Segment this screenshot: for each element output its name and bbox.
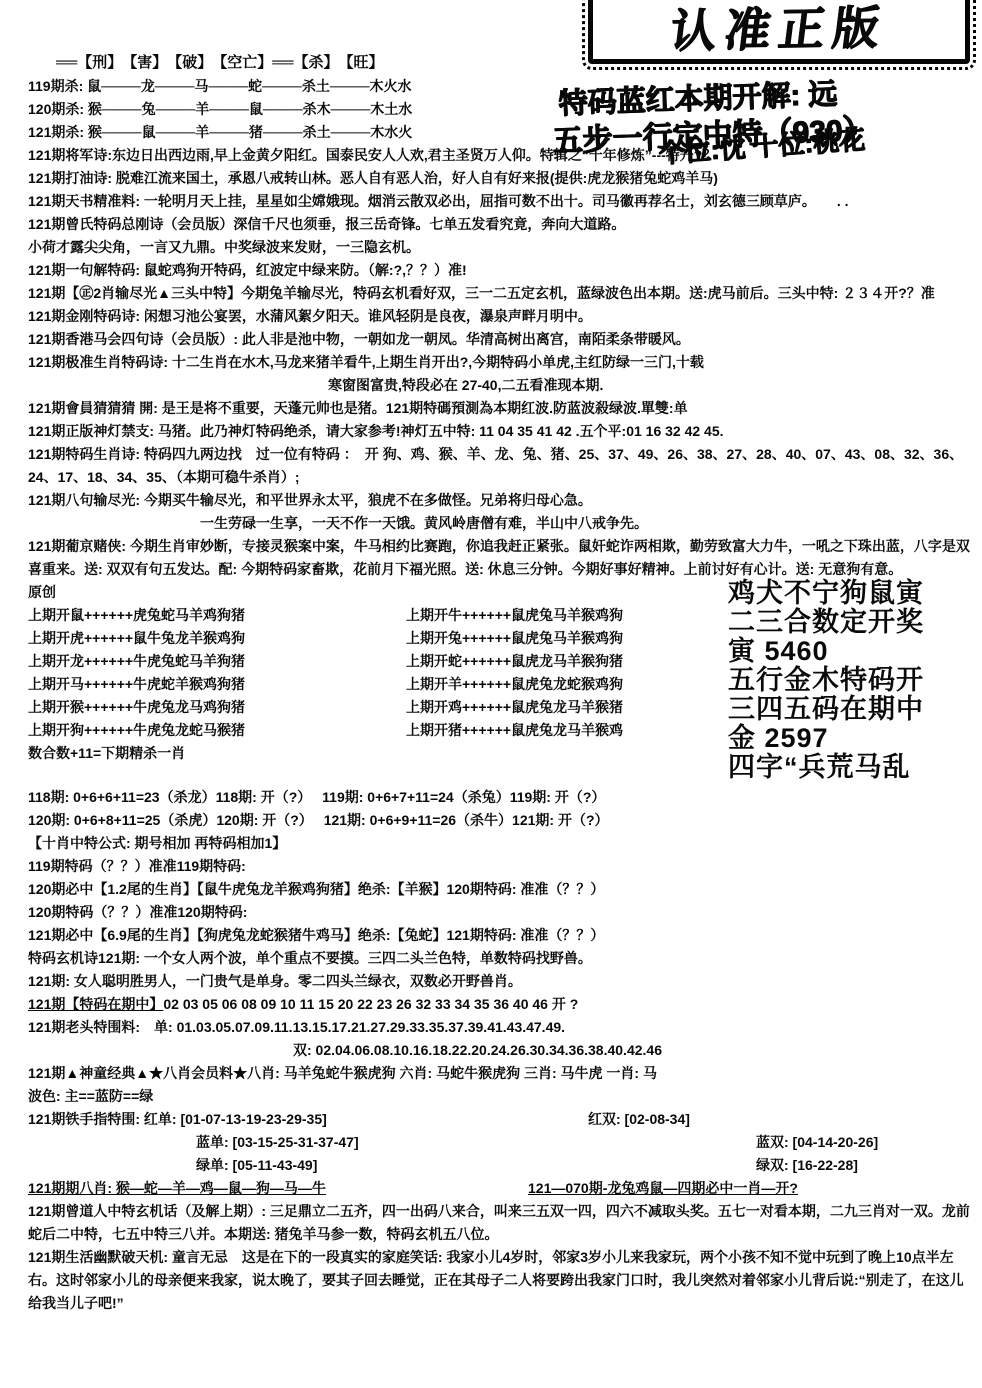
kill-table-row: 119期杀: 鼠────龙────马────蛇────杀土────木火水	[28, 75, 628, 98]
mid-paragraphs: 【十肖中特公式: 期号相加 再特码相加1】119期特码（？？）准准119期特码:…	[28, 832, 976, 993]
big-text-line: 三四五码在期中	[728, 695, 974, 724]
stamp-text: 认准正版	[667, 0, 892, 61]
big-text-line: 五行金木特码开	[728, 666, 974, 695]
tip-line: 120期必中【1.2尾的生肖】【鼠牛虎兔龙羊猴鸡狗猪】绝杀:【羊猴】120期特码…	[28, 878, 976, 901]
pair-left: 上期开虎++++++鼠牛兔龙羊猴鸡狗	[28, 627, 406, 650]
special-numbers-values: 02 03 05 06 08 09 10 11 15 20 22 23 26 3…	[163, 996, 578, 1012]
iron-finger-row: 121期铁手指特围: 红单: [01-07-13-19-23-29-35] 红双…	[28, 1108, 976, 1131]
verse-line: 寒窗图富贵,特段必在 27-40,二五看准现本期.	[28, 374, 976, 397]
iron-left: 蓝单: [03-15-25-31-37-47]	[196, 1131, 756, 1154]
verse-line: 121期打油诗: 脱难江流来国土，承恩八戒转山林。恶人自有恶人治，好人自有好来报…	[28, 167, 976, 190]
verse-line: 121期會員猜猜猜 開: 是王是将不重要，天蓬元帅也是猪。121期特碼預測為本期…	[28, 397, 976, 420]
iron-finger-row: 蓝单: [03-15-25-31-37-47] 蓝双: [04-14-20-26…	[28, 1131, 976, 1154]
zodiac-pair-row: 上期开鼠++++++虎兔蛇马羊鸡狗猪 上期开牛++++++鼠虎兔马羊猴鸡狗	[28, 604, 753, 627]
verse-line: 121期香港马会四句诗（会员版）: 此人非是池中物，一朝如龙一朝凤。华清高树出离…	[28, 328, 976, 351]
special-numbers-row: 121期【特码在期中】02 03 05 06 08 09 10 11 15 20…	[28, 993, 976, 1016]
calc-line: 120期: 0+6+8+11=25（杀虎）120期: 开（?） 121期: 0+…	[28, 809, 976, 832]
pair-right: 上期开鸡++++++鼠虎兔龙马羊猴猪	[406, 696, 753, 719]
tip-line: 121期必中【6.9尾的生肖】【狗虎兔龙蛇猴猪牛鸡马】绝杀:【兔蛇】121期特码…	[28, 924, 976, 947]
verse-line: 121期曾氏特码总刚诗（会员版）深信千尺也须垂，报三岳奇锋。七单五发看究竟，奔向…	[28, 213, 976, 236]
old-head-line: 121期老头特围料: 单: 01.03.05.07.09.11.13.15.17…	[28, 1016, 976, 1039]
original-title: 原创	[28, 581, 753, 604]
kill-table-header: ══【刑】 【害】 【破】 【空亡】══【杀】 【旺】	[28, 50, 628, 75]
prodigy-line: 121期▲神童经典▲★八肖会员料★八肖: 马羊兔蛇牛猴虎狗 六肖: 马蛇牛猴虎狗…	[28, 1062, 976, 1085]
verse-line: 121期正版神灯禁支: 马猪。此乃神灯特码绝杀，请大家参考!神灯五中特: 11 …	[28, 420, 976, 443]
lottery-tip-sheet: 认准正版 特码蓝红本期开解: 远 五步一行定中特（930） 个位:忱 十位:桃花…	[0, 0, 982, 1388]
verse-line: 小荷才露尖尖角，一言又九鼎。中奖绿波来发财，一三隐玄机。	[28, 236, 976, 259]
big-text-panel: 鸡犬不宁狗鼠寅二三合数定开奖寅 5460五行金木特码开三四五码在期中金 2597…	[728, 579, 974, 782]
iron-left: 121期铁手指特围: 红单: [01-07-13-19-23-29-35]	[28, 1108, 588, 1131]
big-text-line: 金 2597	[728, 724, 974, 753]
zodiac-pair-rows: 上期开鼠++++++虎兔蛇马羊鸡狗猪 上期开牛++++++鼠虎兔马羊猴鸡狗 上期…	[28, 604, 753, 742]
iron-finger-row: 绿单: [05-11-43-49] 绿双: [16-22-28]	[28, 1154, 976, 1177]
top-paragraphs: 121期将军诗:东边日出西边雨,早上金黄夕阳红。国泰民安人人欢,君主圣贤万人仰。…	[28, 144, 976, 581]
verse-line: 121期金刚特码诗: 闲想习池公宴罢，水蒲风絮夕阳天。谁风轻阴是良夜，瀑泉声畔月…	[28, 305, 976, 328]
pair-right: 上期开牛++++++鼠虎兔马羊猴鸡狗	[406, 604, 753, 627]
eight-zodiac-row: 121期期八肖: 猴—蛇—羊—鸡—鼠—狗—马—牛 121—070期-龙兔鸡鼠—四…	[28, 1177, 976, 1200]
big-text-line: 寅 5460	[728, 637, 974, 666]
iron-right: 绿双: [16-22-28]	[756, 1154, 976, 1177]
iron-finger-rows: 121期铁手指特围: 红单: [01-07-13-19-23-29-35] 红双…	[28, 1108, 976, 1177]
tip-line: 特码玄机诗121期: 一个女人两个波，单个重点不要摸。三四二头兰色特，单数特码找…	[28, 947, 976, 970]
verse-line: 121期天书精准料: 一轮明月天上挂，星星如尘嫦娥现。烟消云散双必出，屈指可数不…	[28, 190, 976, 213]
verse-line: 121期葡京赌侠: 今期生肖审妙断，专接灵猴案中案，牛马相约比赛跑，你追我赶正紧…	[28, 535, 976, 581]
iron-left: 绿单: [05-11-43-49]	[196, 1154, 756, 1177]
verse-line: 一生劳碌一生享，一天不作一天饿。黄风岭唐僧有难，半山中八戒争先。	[28, 512, 976, 535]
big-text-line: 鸡犬不宁狗鼠寅	[728, 579, 974, 608]
pair-right: 上期开猪++++++鼠虎兔龙马羊猴鸡	[406, 719, 753, 742]
big-text-line: 四字“兵荒马乱	[728, 753, 974, 782]
verse-line: 121期极准生肖特码诗: 十二生肖在水木,马龙来猪羊看牛,上期生肖开出?,今期特…	[28, 351, 976, 374]
original-left-column: 原创 上期开鼠++++++虎兔蛇马羊鸡狗猪 上期开牛++++++鼠虎兔马羊猴鸡狗…	[28, 581, 753, 765]
pair-left: 上期开马++++++牛虎蛇羊猴鸡狗猪	[28, 673, 406, 696]
verse-line: 121期一句解特码: 鼠蛇鸡狗开特码，红波定中绿来防。（解:?,？？）准!	[28, 259, 976, 282]
pair-right: 上期开兔++++++鼠虎兔马羊猴鸡狗	[406, 627, 753, 650]
zodiac-pair-row: 上期开马++++++牛虎蛇羊猴鸡狗猪 上期开羊++++++鼠虎兔龙蛇猴鸡狗	[28, 673, 753, 696]
calc-line: 118期: 0+6+6+11=23（杀龙）118期: 开（?） 119期: 0+…	[28, 786, 976, 809]
old-head-line: 双: 02.04.06.08.10.16.18.22.20.24.26.30.3…	[28, 1039, 976, 1062]
old-head-rows: 121期老头特围料: 单: 01.03.05.07.09.11.13.15.17…	[28, 1016, 976, 1062]
tip-line: 【十肖中特公式: 期号相加 再特码相加1】	[28, 832, 976, 855]
pair-right: 上期开羊++++++鼠虎兔龙蛇猴鸡狗	[406, 673, 753, 696]
kill-table-row: 121期杀: 猴────鼠────羊────猪────杀土────木水火	[28, 121, 628, 144]
eight-zodiac-left: 121期期八肖: 猴—蛇—羊—鸡—鼠—狗—马—牛	[28, 1177, 528, 1200]
verse-line: 121期【㊣2肖输尽光▲三头中特】今期兔羊输尽光，特码玄机看好双，三一二五定玄机…	[28, 282, 976, 305]
verse-line: 121期八句输尽光: 今期买牛输尽光，和平世界永太平，狼虎不在多做怪。兄弟将归母…	[28, 489, 976, 512]
big-text-line: 二三合数定开奖	[728, 608, 974, 637]
eight-zodiac-right: 121—070期-龙兔鸡鼠—四期必中一肖—开?	[528, 1177, 976, 1200]
special-numbers-label: 121期【特码在期中】	[28, 996, 163, 1012]
original-section: 原创 上期开鼠++++++虎兔蛇马羊鸡狗猪 上期开牛++++++鼠虎兔马羊猴鸡狗…	[28, 581, 976, 786]
wave-color-line: 波色: 主==蓝防==绿	[28, 1085, 976, 1108]
tip-line: 121期: 女人聪明胜男人，一门贵气是单身。零二四头兰绿衣，双数必开野兽肖。	[28, 970, 976, 993]
authenticity-stamp: 认准正版	[588, 0, 970, 64]
iron-right: 红双: [02-08-34]	[588, 1108, 976, 1131]
bottom-line: 121期曾道人中特玄机话（及解上期）: 三足鼎立二五齐，四一出码八来合，叫来三五…	[28, 1200, 976, 1246]
kill-table-rows: 119期杀: 鼠────龙────马────蛇────杀土────木火水120期…	[28, 75, 628, 144]
pair-right: 上期开蛇++++++鼠虎龙马羊猴狗猪	[406, 650, 753, 673]
kill-table-row: 120期杀: 猴────兔────羊────鼠────杀木────木土水	[28, 98, 628, 121]
zodiac-pair-row: 上期开猴++++++牛虎兔龙马鸡狗猪 上期开鸡++++++鼠虎兔龙马羊猴猪	[28, 696, 753, 719]
pair-left: 上期开龙++++++牛虎兔蛇马羊狗猪	[28, 650, 406, 673]
zodiac-pair-row: 上期开龙++++++牛虎兔蛇马羊狗猪 上期开蛇++++++鼠虎龙马羊猴狗猪	[28, 650, 753, 673]
bottom-paragraphs: 121期曾道人中特玄机话（及解上期）: 三足鼎立二五齐，四一出码八来合，叫来三五…	[28, 1200, 976, 1315]
tip-line: 120期特码（？？）准准120期特码:	[28, 901, 976, 924]
iron-right: 蓝双: [04-14-20-26]	[756, 1131, 976, 1154]
sheet-content: ══【刑】 【害】 【破】 【空亡】══【杀】 【旺】 119期杀: 鼠────…	[0, 50, 982, 1315]
original-footer: 数合数+11=下期精杀一肖	[28, 742, 753, 765]
zodiac-kill-table: ══【刑】 【害】 【破】 【空亡】══【杀】 【旺】 119期杀: 鼠────…	[28, 50, 628, 144]
tip-line: 119期特码（？？）准准119期特码:	[28, 855, 976, 878]
bottom-line: 121期生活幽默破天机: 童言无忌 这是在下的一段真实的家庭笑话: 我家小儿4岁…	[28, 1246, 976, 1315]
pair-left: 上期开狗++++++牛虎兔龙蛇马猴猪	[28, 719, 406, 742]
pair-left: 上期开鼠++++++虎兔蛇马羊鸡狗猪	[28, 604, 406, 627]
pair-left: 上期开猴++++++牛虎兔龙马鸡狗猪	[28, 696, 406, 719]
calc-lines: 118期: 0+6+6+11=23（杀龙）118期: 开（?） 119期: 0+…	[28, 786, 976, 832]
zodiac-pair-row: 上期开虎++++++鼠牛兔龙羊猴鸡狗 上期开兔++++++鼠虎兔马羊猴鸡狗	[28, 627, 753, 650]
zodiac-pair-row: 上期开狗++++++牛虎兔龙蛇马猴猪 上期开猪++++++鼠虎兔龙马羊猴鸡	[28, 719, 753, 742]
verse-line: 121期特码生肖诗: 特码四九两边找 过一位有特码 ： 开 狗、鸡、猴、羊、龙、…	[28, 443, 976, 489]
